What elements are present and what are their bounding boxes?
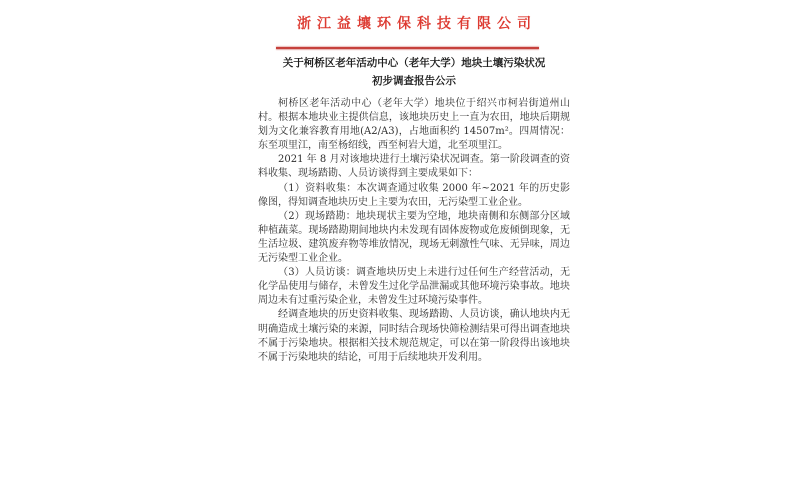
document-content: 浙江益壤环保科技有限公司 关于柯桥区老年活动中心（老年大学）地块土壤污染状况 初… <box>258 16 570 365</box>
paragraph-conclusion: 经调查地块的历史资料收集、现场踏勘、人员访谈，确认地块内无明确造成土壤污染的来源… <box>258 308 570 364</box>
paragraph-data-collection: （1）资料收集：本次调查通过收集 2000 年~2021 年的历史影像图，得知调… <box>258 182 570 210</box>
paragraph-survey-intro: 2021 年 8 月对该地块进行土壤污染状况调查。第一阶段调查的资料收集、现场踏… <box>258 153 570 181</box>
document-body: 柯桥区老年活动中心（老年大学）地块位于绍兴市柯岩街道州山村。根据本地块业主提供信… <box>258 97 570 365</box>
document-title-line2: 初步调查报告公示 <box>258 74 570 88</box>
header-divider-line <box>276 47 539 49</box>
company-name-heading: 浙江益壤环保科技有限公司 <box>258 16 570 32</box>
paragraph-site-overview: 柯桥区老年活动中心（老年大学）地块位于绍兴市柯岩街道州山村。根据本地块业主提供信… <box>258 97 570 153</box>
paragraph-site-reconnaissance: （2）现场踏勘：地块现状主要为空地，地块南侧和东侧部分区域种植蔬菜。现场踏勘期间… <box>258 210 570 266</box>
document-page: 浙江益壤环保科技有限公司 关于柯桥区老年活动中心（老年大学）地块土壤污染状况 初… <box>0 0 800 500</box>
paragraph-personnel-interview: （3）人员访谈：调查地块历史上未进行过任何生产经营活动，无化学品使用与储存，未曾… <box>258 266 570 308</box>
document-title-line1: 关于柯桥区老年活动中心（老年大学）地块土壤污染状况 <box>258 56 570 70</box>
